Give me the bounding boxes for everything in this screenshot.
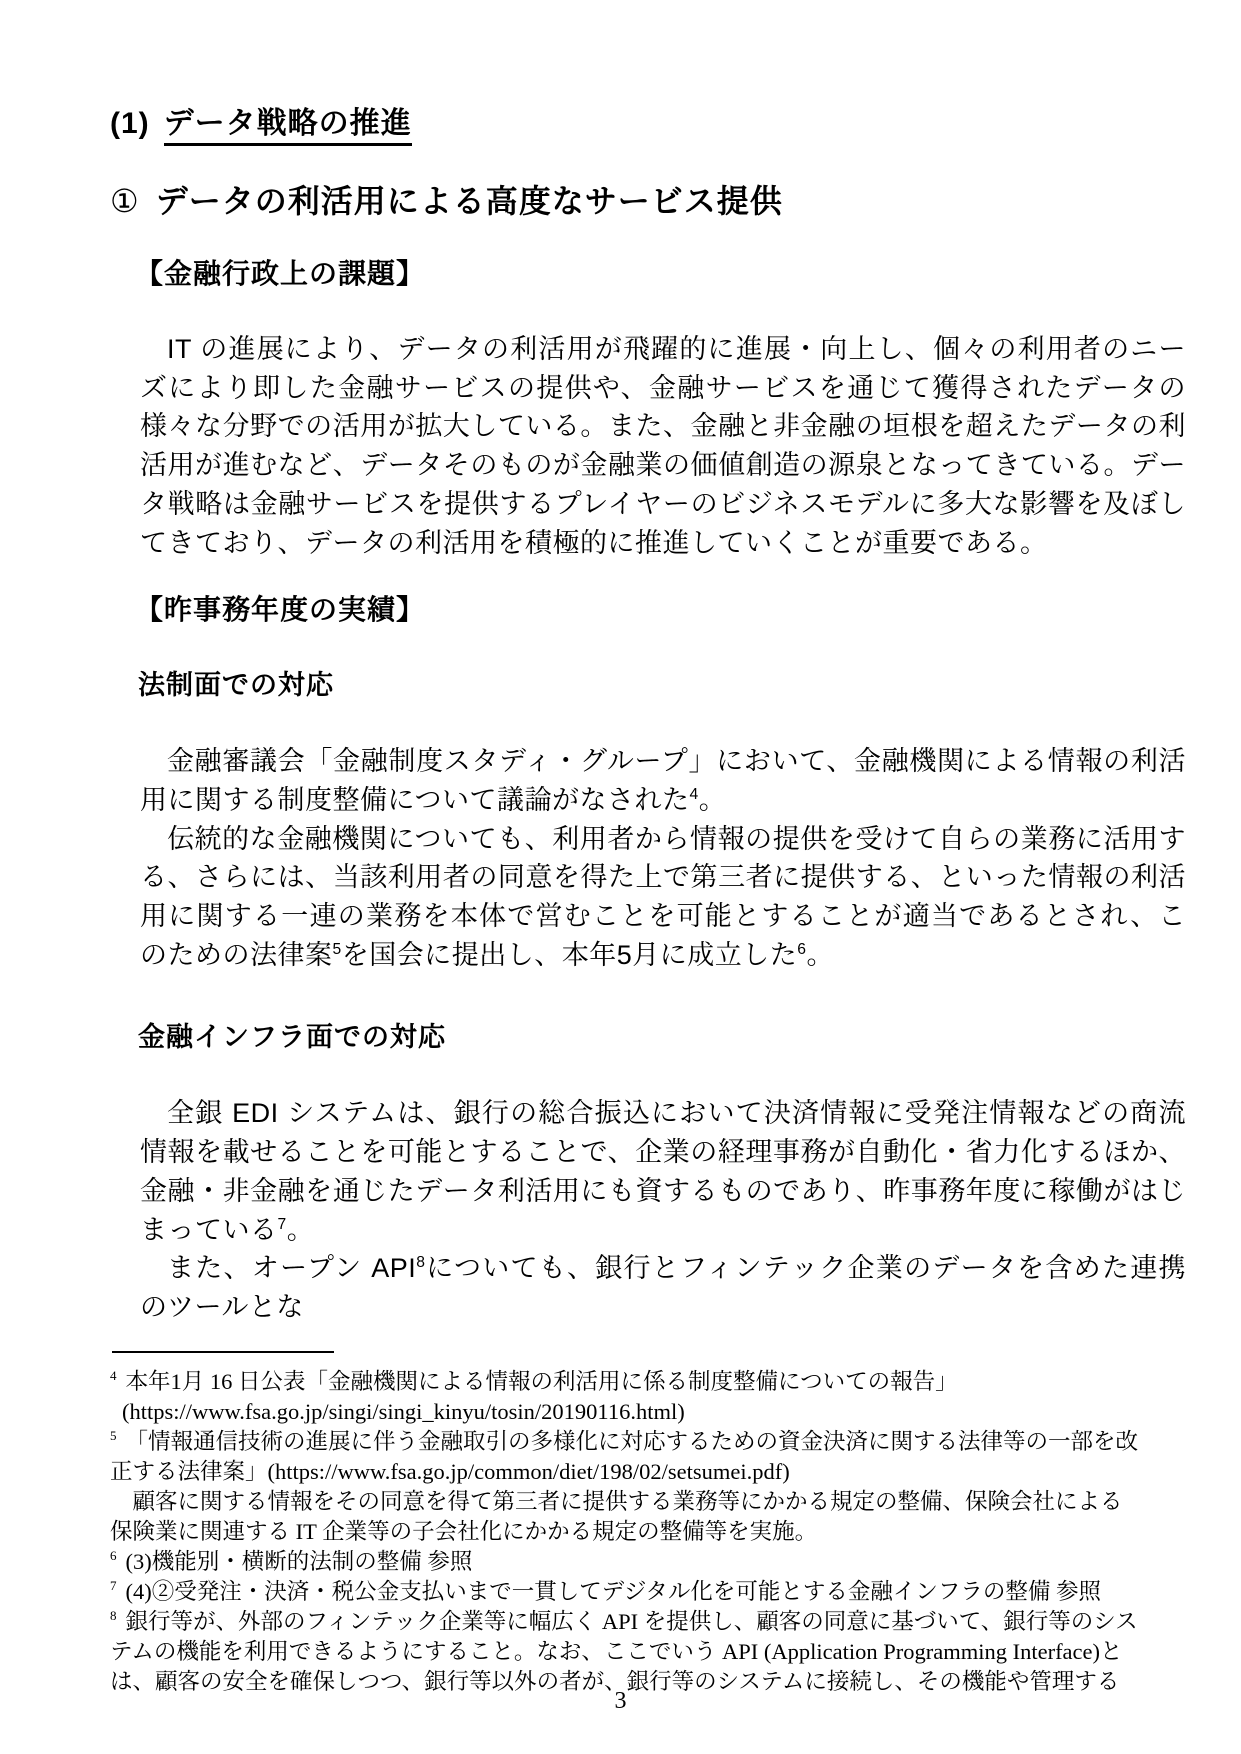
subsection-heading: ①データの利活用による高度なサービス提供 <box>110 180 1188 222</box>
paragraph-legal-1-tail: 。 <box>699 785 727 815</box>
paragraph-infra-1: 全銀 EDI システムは、銀行の総合振込において決済情報に受発注情報などの商流情… <box>140 1094 1186 1249</box>
footnote-ref-4: 4 <box>689 786 698 803</box>
footnote-6: 6(3)機能別・横断的法制の整備 参照 <box>110 1547 1140 1577</box>
paragraph-legal-2-mid: を国会に提出し、本年5月に成立した <box>342 940 798 970</box>
footnote-5-line1: 5「情報通信技術の進展に伴う金融取引の多様化に対応するための資金決済に関する法律… <box>110 1427 1140 1487</box>
paragraph-legal: 金融審議会「金融制度スタディ・グループ」において、金融機関による情報の利活用に関… <box>140 742 1186 974</box>
section-heading-title: データ戦略の推進 <box>164 107 412 146</box>
footnote-8-text: 銀行等が、外部のフィンテック企業等に幅広く API を提供し、顧客の同意に基づい… <box>110 1609 1138 1694</box>
footnote-5-number: 5 <box>110 1428 117 1443</box>
footnote-8-line1: 8銀行等が、外部のフィンテック企業等に幅広く API を提供し、顧客の同意に基づ… <box>110 1607 1140 1697</box>
footnotes-section: 4本年1月 16 日公表「金融機関による情報の利活用に係る制度整備についての報告… <box>110 1351 1140 1697</box>
footnote-7-line1: 7(4)②受発注・決済・税公金支払いまで一貫してデジタル化を可能とする金融インフ… <box>110 1577 1140 1607</box>
footnote-7-text: (4)②受発注・決済・税公金支払いまで一貫してデジタル化を可能とする金融インフラ… <box>126 1579 1102 1604</box>
footnote-4: 4本年1月 16 日公表「金融機関による情報の利活用に係る制度整備についての報告… <box>110 1367 1140 1427</box>
footnote-8-number: 8 <box>110 1608 117 1623</box>
paragraph-infra-1-tail: 。 <box>287 1215 315 1245</box>
label-last-year-results: 【昨事務年度の実績】 <box>135 590 1188 630</box>
footnote-4-url: (https://www.fsa.go.jp/singi/singi_kinyu… <box>110 1397 1140 1427</box>
page-number: 3 <box>0 1688 1241 1715</box>
paragraph-legal-2: 伝統的な金融機関についても、利用者から情報の提供を受けて自らの業務に活用する、さ… <box>140 820 1186 975</box>
footnote-8: 8銀行等が、外部のフィンテック企業等に幅広く API を提供し、顧客の同意に基づ… <box>110 1607 1140 1697</box>
paragraph-overview: IT の進展により、データの利活用が飛躍的に進展・向上し、個々の利用者のニーズに… <box>140 330 1186 562</box>
section-heading: (1)データ戦略の推進 <box>110 104 1188 144</box>
paragraph-overview-text: IT の進展により、データの利活用が飛躍的に進展・向上し、個々の利用者のニーズに… <box>140 330 1186 562</box>
paragraph-legal-1-text: 金融審議会「金融制度スタディ・グループ」において、金融機関による情報の利活用に関… <box>140 746 1186 815</box>
label-administrative-issues: 【金融行政上の課題】 <box>135 254 1188 294</box>
label-infrastructure-response: 金融インフラ面での対応 <box>138 1018 1188 1056</box>
label-legal-response: 法制面での対応 <box>138 666 1188 704</box>
footnote-5-text: 「情報通信技術の進展に伴う金融取引の多様化に対応するための資金決済に関する法律等… <box>110 1429 1138 1484</box>
paragraph-infra-2: また、オープン API8についても、銀行とフィンテック企業のデータを含めた連携の… <box>140 1249 1186 1326</box>
footnote-ref-5: 5 <box>333 941 342 958</box>
footnote-4-text: 本年1月 16 日公表「金融機関による情報の利活用に係る制度整備についての報告」 <box>126 1369 958 1394</box>
subsection-heading-title: データの利活用による高度なサービス提供 <box>156 183 783 219</box>
footnote-5: 5「情報通信技術の進展に伴う金融取引の多様化に対応するための資金決済に関する法律… <box>110 1427 1140 1547</box>
footnote-4-number: 4 <box>110 1368 117 1383</box>
section-heading-number: (1) <box>110 107 150 140</box>
footnote-5-supplement: 顧客に関する情報をその同意を得て第三者に提供する業務等にかかる規定の整備、保険会… <box>110 1487 1140 1547</box>
document-page: (1)データ戦略の推進 ①データの利活用による高度なサービス提供 【金融行政上の… <box>0 0 1241 1754</box>
paragraph-legal-1: 金融審議会「金融制度スタディ・グループ」において、金融機関による情報の利活用に関… <box>140 742 1186 819</box>
subsection-heading-number: ① <box>110 183 140 219</box>
footnote-4-line1: 4本年1月 16 日公表「金融機関による情報の利活用に係る制度整備についての報告… <box>110 1367 1140 1397</box>
footnote-6-line1: 6(3)機能別・横断的法制の整備 参照 <box>110 1547 1140 1577</box>
footnote-7-number: 7 <box>110 1578 117 1593</box>
paragraph-infra-2-pre: また、オープン API <box>167 1253 416 1283</box>
footnote-separator <box>112 1351 334 1353</box>
paragraph-legal-2-tail: 。 <box>806 940 834 970</box>
footnote-6-number: 6 <box>110 1548 117 1563</box>
footnote-6-text: (3)機能別・横断的法制の整備 参照 <box>126 1549 473 1574</box>
paragraph-infrastructure: 全銀 EDI システムは、銀行の総合振込において決済情報に受発注情報などの商流情… <box>140 1094 1186 1326</box>
footnote-7: 7(4)②受発注・決済・税公金支払いまで一貫してデジタル化を可能とする金融インフ… <box>110 1577 1140 1607</box>
document-content: (1)データ戦略の推進 ①データの利活用による高度なサービス提供 【金融行政上の… <box>110 104 1188 1697</box>
footnote-ref-7: 7 <box>278 1216 287 1233</box>
